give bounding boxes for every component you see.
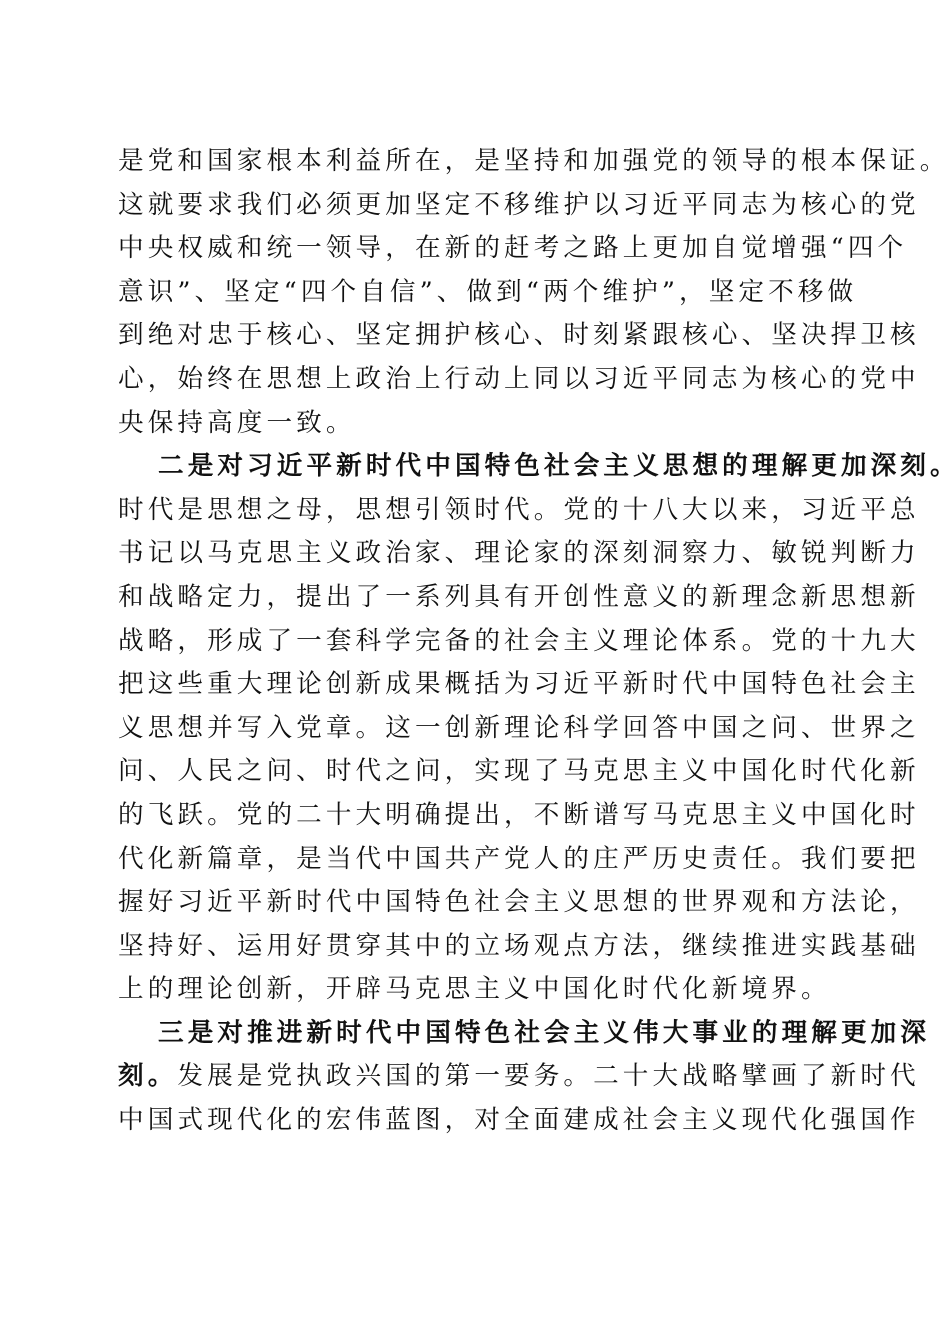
text-line: 问、人民之问、时代之问，实现了马克思主义中国化时代化新 [118,750,830,794]
text-segment: 坚持好、运用好贯穿其中的立场观点方法，继续推进实践基础 [118,931,920,961]
text-line: 义思想并写入党章。这一创新理论科学回答中国之问、世界之 [118,707,830,751]
text-line: 和战略定力，提出了一系列具有开创性意义的新理念新思想新 [118,576,830,620]
text-segment: 中国式现代化的宏伟蓝图，对全面建成社会主义现代化强国作 [118,1105,920,1135]
text-segment: 握好习近平新时代中国特色社会主义思想的世界观和方法论， [118,887,920,917]
section-heading-tail: 刻。 [118,1061,177,1091]
text-line: 到绝对忠于核心、坚定拥护核心、时刻紧跟核心、坚决捍卫核 [118,314,830,358]
text-line: 刻。发展是党执政兴国的第一要务。二十大战略擘画了新时代 [118,1055,830,1099]
section-heading: 三是对推进新时代中国特色社会主义伟大事业的理解更加深 [158,1018,930,1048]
text-segment: 意识”、坚定“四个自信”、做到“两个维护”，坚定不移做 [118,277,857,307]
paragraph-2: 二是对习近平新时代中国特色社会主义思想的理解更加深刻。 时代是思想之母，思想引领… [118,445,830,1012]
text-segment: 问、人民之问、时代之问，实现了马克思主义中国化时代化新 [118,756,920,786]
paragraph-3: 三是对推进新时代中国特色社会主义伟大事业的理解更加深 刻。发展是党执政兴国的第一… [118,1012,830,1143]
text-segment: 发展是党执政兴国的第一要务。二十大战略擘画了新时代 [177,1061,919,1091]
document-page: 是党和国家根本利益所在，是坚持和加强党的领导的根本保证。 这就要求我们必须更加坚… [118,140,830,1143]
text-line: 央保持高度一致。 [118,402,830,446]
section-heading: 二是对习近平新时代中国特色社会主义思想的理解更加深刻。 [158,451,950,481]
text-line: 上的理论创新，开辟马克思主义中国化时代化新境界。 [118,968,830,1012]
text-line: 代化新篇章，是当代中国共产党人的庄严历史责任。我们要把 [118,838,830,882]
text-segment: 是党和国家根本利益所在，是坚持和加强党的领导的根本保证。 [118,146,949,176]
text-segment: 这就要求我们必须更加坚定不移维护以习近平同志为核心的党 [118,190,920,220]
text-segment: 到绝对忠于核心、坚定拥护核心、时刻紧跟核心、坚决捍卫核 [118,320,920,350]
text-segment: 代化新篇章，是当代中国共产党人的庄严历史责任。我们要把 [118,844,920,874]
section-heading-line: 三是对推进新时代中国特色社会主义伟大事业的理解更加深 [118,1012,830,1056]
text-line: 坚持好、运用好贯穿其中的立场观点方法，继续推进实践基础 [118,925,830,969]
text-line: 把这些重大理论创新成果概括为习近平新时代中国特色社会主 [118,663,830,707]
text-line: 中央权威和统一领导，在新的赶考之路上更加自觉增强“四个 [118,227,830,271]
text-segment: 义思想并写入党章。这一创新理论科学回答中国之问、世界之 [118,713,920,743]
text-line: 握好习近平新时代中国特色社会主义思想的世界观和方法论， [118,881,830,925]
section-heading-line: 二是对习近平新时代中国特色社会主义思想的理解更加深刻。 [118,445,830,489]
text-segment: 心，始终在思想上政治上行动上同以习近平同志为核心的党中 [118,364,920,394]
text-line: 这就要求我们必须更加坚定不移维护以习近平同志为核心的党 [118,184,830,228]
text-line: 心，始终在思想上政治上行动上同以习近平同志为核心的党中 [118,358,830,402]
text-segment: 战略，形成了一套科学完备的社会主义理论体系。党的十九大 [118,626,920,656]
text-segment: 书记以马克思主义政治家、理论家的深刻洞察力、敏锐判断力 [118,538,920,568]
text-segment: 央保持高度一致。 [118,408,356,438]
text-line: 时代是思想之母，思想引领时代。党的十八大以来，习近平总 [118,489,830,533]
text-line: 书记以马克思主义政治家、理论家的深刻洞察力、敏锐判断力 [118,532,830,576]
text-segment: 时代是思想之母，思想引领时代。党的十八大以来，习近平总 [118,495,920,525]
text-segment: 中央权威和统一领导，在新的赶考之路上更加自觉增强“四个 [118,233,907,263]
text-line: 战略，形成了一套科学完备的社会主义理论体系。党的十九大 [118,620,830,664]
text-line: 意识”、坚定“四个自信”、做到“两个维护”，坚定不移做 [118,271,830,315]
text-segment: 的飞跃。党的二十大明确提出，不断谱写马克思主义中国化时 [118,800,920,830]
paragraph-1: 是党和国家根本利益所在，是坚持和加强党的领导的根本保证。 这就要求我们必须更加坚… [118,140,830,445]
text-segment: 把这些重大理论创新成果概括为习近平新时代中国特色社会主 [118,669,920,699]
text-segment: 和战略定力，提出了一系列具有开创性意义的新理念新思想新 [118,582,920,612]
text-segment: 上的理论创新，开辟马克思主义中国化时代化新境界。 [118,974,831,1004]
text-line: 的飞跃。党的二十大明确提出，不断谱写马克思主义中国化时 [118,794,830,838]
text-line: 中国式现代化的宏伟蓝图，对全面建成社会主义现代化强国作 [118,1099,830,1143]
text-line: 是党和国家根本利益所在，是坚持和加强党的领导的根本保证。 [118,140,830,184]
